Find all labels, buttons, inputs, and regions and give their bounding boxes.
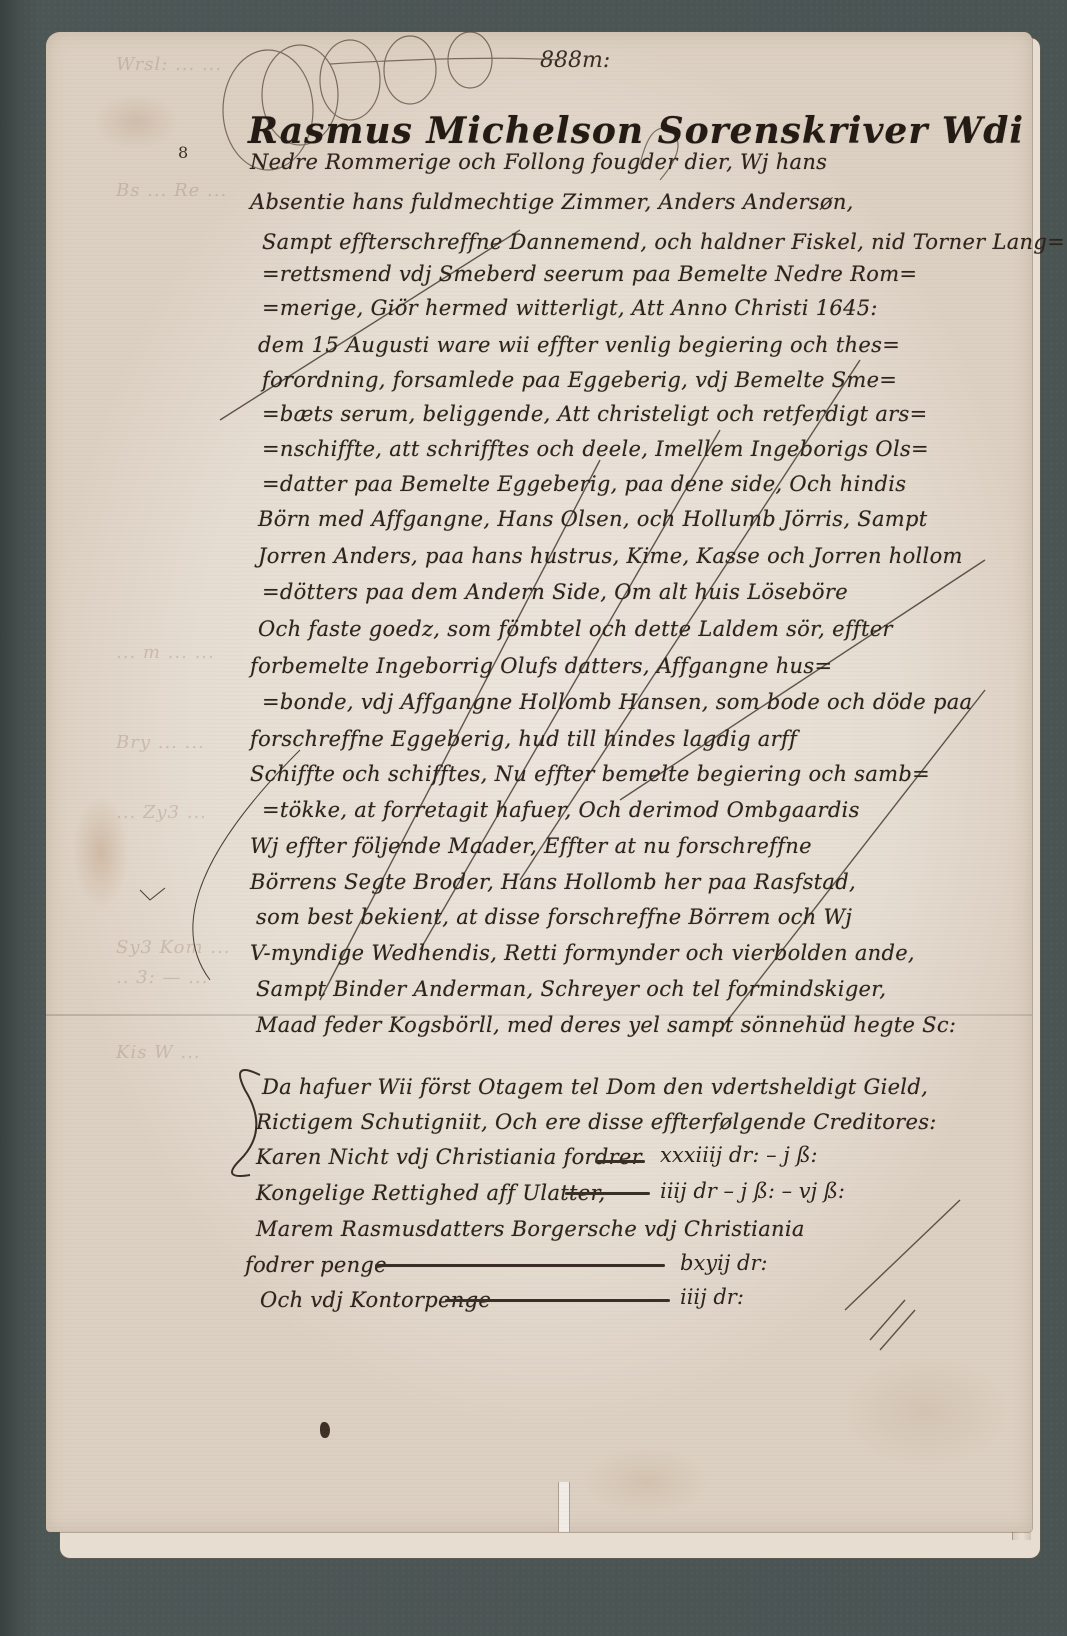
- creditor-amount: iiij dr:: [680, 1285, 744, 1309]
- body-line: Sampt Binder Anderman, Schreyer och tel …: [256, 977, 886, 1001]
- document-heading: Rasmus Michelson Sorenskriver Wdi: [248, 110, 1024, 152]
- body-line: som best bekient, at disse forschreffne …: [256, 905, 852, 929]
- body-line: =bonde, vdj Affgangne Hollomb Hansen, so…: [262, 690, 972, 714]
- creditor-amount: iiij dr – j ß: – vj ß:: [660, 1179, 845, 1203]
- binding-strip: [0, 0, 22, 1636]
- body-line: Wj effter följende Maader, Effter at nu …: [250, 834, 812, 858]
- body-line: =rettsmend vdj Smeberd seerum paa Bemelt…: [262, 262, 917, 286]
- body-line: forbemelte Ingeborrig Olufs datters, Aff…: [250, 654, 832, 678]
- creditor-name: Marem Rasmusdatters Borgersche vdj Chris…: [256, 1217, 805, 1241]
- bleed-through-text: .. 3: — ...: [116, 967, 208, 988]
- body-line: V-myndige Wedhendis, Retti formynder och…: [250, 941, 915, 965]
- bleed-through-text: ... Zy3 ...: [116, 802, 207, 823]
- body-line: Maad feder Kogsbörll, med deres yel samp…: [256, 1013, 956, 1037]
- body-line: =tökke, at forretagit hafuer, Och derimo…: [262, 798, 860, 822]
- body-line: Jorren Anders, paa hans hustrus, Kime, K…: [258, 544, 963, 568]
- body-line: =dötters paa dem Andern Side, Om alt hui…: [262, 580, 848, 604]
- body-line: Börn med Affgangne, Hans Olsen, och Holl…: [258, 507, 928, 531]
- ink-blot: [320, 1422, 330, 1438]
- body-line: Nedre Rommerige och Follong fougder dier…: [250, 150, 827, 174]
- folio-mark: 888m:: [540, 48, 610, 73]
- creditor-amount: xxxiiij dr: – j ß:: [660, 1143, 818, 1167]
- body-line: =bæts serum, beliggende, Att christeligt…: [262, 402, 927, 426]
- bleed-through-text: ... m ... ...: [116, 642, 215, 663]
- ledger-rule: [595, 1160, 645, 1163]
- debt-intro-line: Da hafuer Wii först Otagem tel Dom den v…: [262, 1075, 928, 1099]
- ledger-rule: [445, 1299, 670, 1302]
- body-line: =nschiffte, att schrifftes och deele, Im…: [262, 437, 929, 461]
- body-line: =datter paa Bemelte Eggeberig, paa dene …: [262, 472, 906, 496]
- body-line: =merige, Giör hermed witterligt, Att Ann…: [262, 296, 878, 320]
- body-line: forschreffne Eggeberig, hud till hindes …: [250, 727, 797, 751]
- ledger-rule: [565, 1192, 650, 1195]
- body-line: Absentie hans fuldmechtige Zimmer, Ander…: [250, 190, 854, 214]
- body-line: forordning, forsamlede paa Eggeberig, vd…: [262, 368, 897, 392]
- body-line: Och faste goedz, som fömbtel och dette L…: [258, 617, 893, 641]
- debt-intro-line: Rictigem Schutigniit, Och ere disse efft…: [256, 1110, 937, 1134]
- body-line: dem 15 Augusti ware wii effter venlig be…: [258, 333, 900, 357]
- body-line: Börrens Segte Broder, Hans Hollomb her p…: [250, 870, 856, 894]
- creditor-amount: bxyij dr:: [680, 1251, 768, 1275]
- bleed-through-text: Bry ... ...: [116, 732, 205, 753]
- bleed-through-text: Kis W ...: [116, 1042, 201, 1063]
- bleed-through-text: Wrsl: ... ...: [116, 54, 222, 75]
- bleed-through-text: Bs ... Re ...: [116, 180, 227, 201]
- creditor-name: fodrer penge: [245, 1253, 387, 1277]
- body-line: Sampt effterschreffne Dannemend, och hal…: [262, 230, 1065, 254]
- ledger-rule: [375, 1264, 665, 1267]
- margin-mark: 8: [178, 143, 188, 162]
- bleed-through-text: Sy3 Kom ...: [116, 937, 230, 958]
- creditor-name: Kongelige Rettighed aff Ulatter,: [256, 1181, 605, 1205]
- body-line: Schiffte och schifftes, Nu effter bemelt…: [250, 762, 930, 786]
- creditor-name: Karen Nicht vdj Christiania fordrer: [256, 1145, 642, 1169]
- paper-tear: [558, 1482, 570, 1532]
